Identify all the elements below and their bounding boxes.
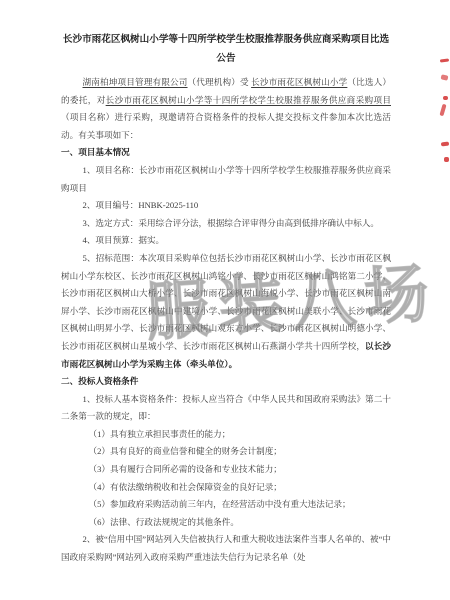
section1-item5: 5、招标范围：本次项目采购单位包括长沙市雨花区枫树山小学、长沙市雨花区枫树山小学… [61,250,391,373]
red-annotation-mark [439,104,446,117]
section2-sub4: （4）有依法缴纳税收和社会保障资金的良好记录； [61,479,391,497]
section2-sub1: （1）具有独立承担民事责任的能力； [61,426,391,444]
section2-sub5: （5）参加政府采购活动前三年内，在经营活动中没有重大违法记录； [61,496,391,514]
section2-item1: 1、投标人基本资格条件：投标人应当符合《中华人民共和国政府采购法》第二十二条第一… [61,391,391,426]
intro-text-1: （代理机构）受 [188,77,252,87]
section2-sub6: （6）法律、行政法规规定的其他条件。 [61,514,391,532]
project-name: 长沙市雨花区枫树山小学等十四所学校学生校服推荐服务供应商采购项目 [106,95,391,105]
red-annotation-mark [440,74,448,81]
page-title: 长沙市雨花区枫树山小学等十四所学校学生校服推荐服务供应商采购项目比选公告 [61,30,391,68]
document-page: 长沙市雨花区枫树山小学等十四所学校学生校服推荐服务供应商采购项目比选公告 湖南柏… [0,0,450,600]
section1-item1: 1、项目名称：长沙市雨花区枫树山小学等十四所学校学生校服推荐服务供应商采购项目 [61,162,391,197]
red-annotation-mark [441,142,449,147]
section1-item4: 4、项目预算：据实。 [61,232,391,250]
section1-item2: 2、项目编号：HNBK-2025-110 [61,197,391,215]
section2-heading: 二、投标人资格条件 [61,373,391,391]
bid-scope-text: 5、招标范围：本次项目采购单位包括长沙市雨花区枫树山小学、长沙市雨花区枫树山小学… [61,253,391,351]
red-annotation-mark [443,96,448,100]
intro-paragraph: 湖南柏坤项目管理有限公司（代理机构）受 长沙市雨花区枫树山小学（比选人）的委托，… [61,74,391,144]
section1-heading: 一、项目基本情况 [61,144,391,162]
section2-sub2: （2）具有良好的商业信誉和健全的财务会计制度； [61,443,391,461]
buyer-name: 长沙市雨花区枫树山小学 [251,77,347,87]
intro-text-3: （项目名称）进行采购，现邀请符合资格条件的投标人提交投标文件参加本次比选活动。有… [61,112,391,140]
section2-sub3: （3）具有履行合同所必需的设备和专业技术能力； [61,461,391,479]
section2-item2: 2、被“信用中国”网站列入失信被执行人和重大税收违法案件当事人名单的、被“中国政… [61,531,391,566]
red-annotation-mark [440,58,449,62]
section1-item3: 3、选定方式：采用综合评分法，根据综合评审得分由高到低排序确认中标人。 [61,215,391,233]
agency-name: 湖南柏坤项目管理有限公司 [83,77,188,87]
document-content: 长沙市雨花区枫树山小学等十四所学校学生校服推荐服务供应商采购项目比选公告 湖南柏… [61,30,391,567]
red-annotation-mark [444,157,449,162]
